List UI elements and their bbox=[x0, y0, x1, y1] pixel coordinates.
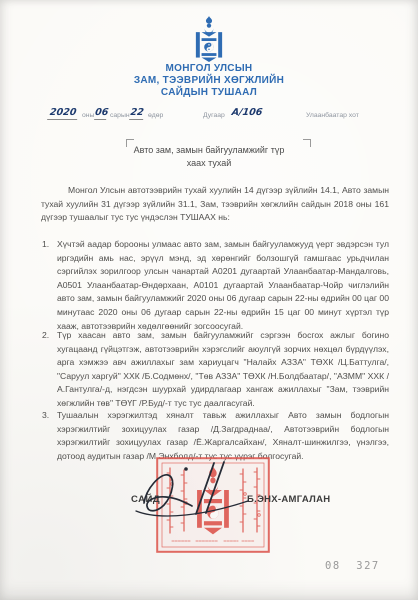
decree-title-line1: Авто зам, замын байгууламжийг түр bbox=[0, 144, 418, 157]
date-year-label: оны bbox=[82, 112, 94, 119]
clause-1-text: Хүчтэй аадар борооны улмаас авто зам, за… bbox=[57, 239, 389, 331]
doc-number-label: Дугаар bbox=[203, 112, 225, 119]
date-month-value: 06 bbox=[94, 107, 108, 120]
letterhead: МОНГОЛ УЛСЫН ЗАМ, ТЭЭВРИЙН ХӨГЖЛИЙН САЙД… bbox=[0, 63, 418, 99]
letterhead-doc-type: САЙДЫН ТУШААЛ bbox=[0, 87, 418, 99]
clause-3-text: Тушаалын хэрэгжилтэд хяналт тавьж ажилла… bbox=[57, 410, 389, 461]
clause-1: 1. Хүчтэй аадар борооны улмаас авто зам,… bbox=[41, 238, 389, 333]
preamble-paragraph: Монгол Улсын автотээврийн тухай хуулийн … bbox=[41, 184, 389, 225]
city-label: Улаанбаатар хот bbox=[306, 112, 359, 119]
date-month-label: сарын bbox=[110, 112, 130, 119]
clause-2-number: 2. bbox=[42, 329, 49, 343]
soyombo-emblem-icon bbox=[195, 16, 223, 62]
clause-2-text: Түр хаасан авто зам, замын байгууламжийг… bbox=[57, 330, 389, 408]
clause-3: 3. Тушаалын хэрэгжилтэд хяналт тавьж ажи… bbox=[41, 409, 389, 463]
date-year-value: 2020 bbox=[47, 107, 79, 120]
decree-document: МОНГОЛ УЛСЫН ЗАМ, ТЭЭВРИЙН ХӨГЖЛИЙН САЙД… bbox=[0, 0, 418, 600]
decree-title-line2: хаах тухай bbox=[0, 157, 418, 170]
decree-title: Авто зам, замын байгууламжийг түр хаах т… bbox=[0, 144, 418, 170]
date-day-value: 22 bbox=[129, 107, 145, 120]
meta-row: 2020 оны 06 сарын 22 өдөр Дугаар А/106 У… bbox=[0, 107, 418, 123]
clause-2: 2. Түр хаасан авто зам, замын байгууламж… bbox=[41, 329, 389, 411]
registry-number: 08 327 bbox=[325, 560, 380, 572]
date-day-label: өдөр bbox=[148, 112, 163, 119]
clause-3-number: 3. bbox=[42, 409, 49, 423]
minister-signature bbox=[116, 458, 286, 530]
clause-1-number: 1. bbox=[42, 238, 49, 252]
doc-number-value: А/106 bbox=[230, 107, 264, 118]
letterhead-country: МОНГОЛ УЛСЫН bbox=[0, 63, 418, 75]
letterhead-ministry: ЗАМ, ТЭЭВРИЙН ХӨГЖЛИЙН bbox=[0, 75, 418, 87]
